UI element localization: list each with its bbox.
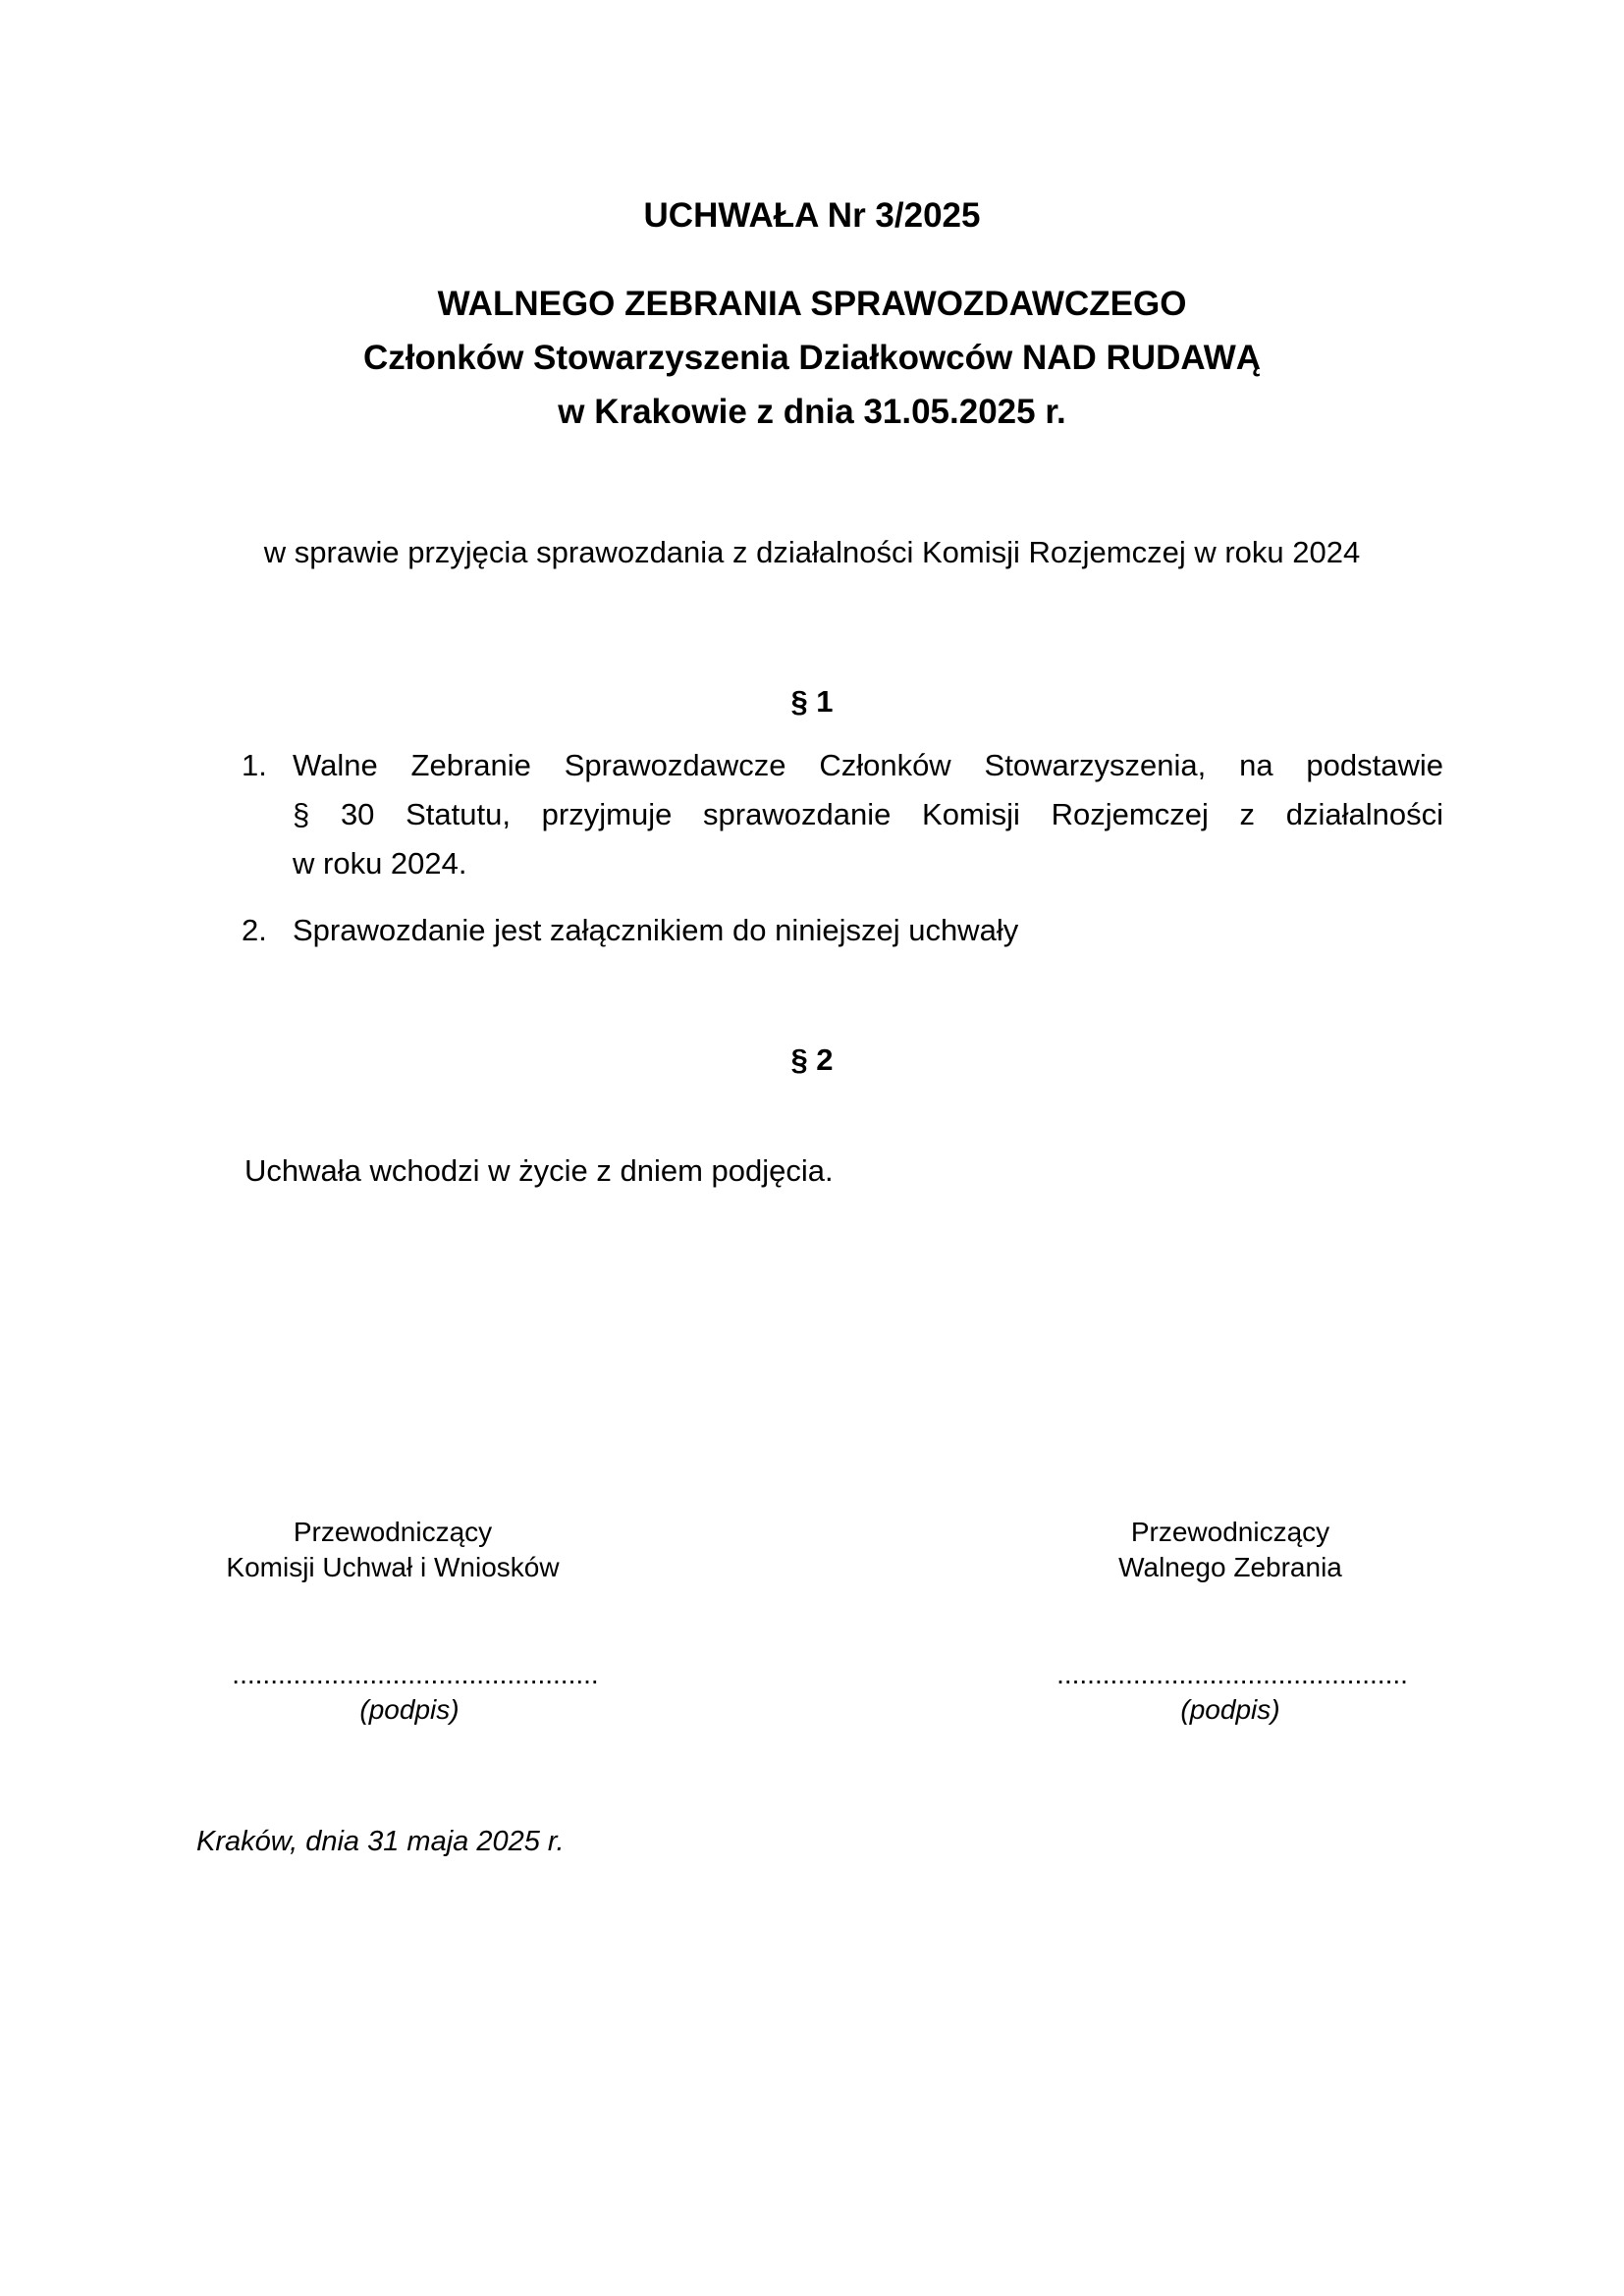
place-and-date: Kraków, dnia 31 maja 2025 r. [196,1826,565,1858]
signature-caption: (podpis) [934,1692,1527,1728]
signature-caption: (podpis) [109,1692,710,1728]
item-1-line-1: Walne Zebranie Sprawozdawcze Członków St… [293,748,1443,783]
signature-dots: ........................................… [121,1657,710,1692]
signature-block-right: Przewodniczący Walnego Zebrania [936,1515,1525,1585]
item-2-line-1: Sprawozdanie jest załącznikiem do niniej… [293,913,1018,948]
signature-dots: ........................................… [938,1657,1527,1692]
signature-role-line-1: Przewodniczący [936,1515,1525,1550]
signature-role-line-2: Walnego Zebrania [936,1550,1525,1585]
section-1-label: § 1 [0,684,1624,720]
heading-line-3: w Krakowie z dnia 31.05.2025 r. [0,393,1624,432]
signature-role-line-2: Komisji Uchwał i Wniosków [98,1550,687,1585]
heading-line-1: WALNEGO ZEBRANIA SPRAWOZDAWCZEGO [0,285,1624,324]
document-title: UCHWAŁA Nr 3/2025 [0,196,1624,236]
item-number: 1. [242,748,267,783]
resolution-subject: w sprawie przyjęcia sprawozdania z dział… [0,535,1624,570]
item-number: 2. [242,913,267,948]
heading-line-2: Członków Stowarzyszenia Działkowców NAD … [0,339,1624,378]
signature-line-left: ........................................… [121,1657,710,1728]
section-2-text: Uchwała wchodzi w życie z dniem podjęcia… [244,1153,834,1189]
item-1-line-3: w roku 2024. [293,846,467,881]
signature-line-right: ........................................… [938,1657,1527,1728]
section-2-label: § 2 [0,1042,1624,1078]
signature-block-left: Przewodniczący Komisji Uchwał i Wniosków [98,1515,687,1585]
signature-role-line-1: Przewodniczący [98,1515,687,1550]
item-1-line-2: § 30 Statutu, przyjmuje sprawozdanie Kom… [293,797,1443,832]
